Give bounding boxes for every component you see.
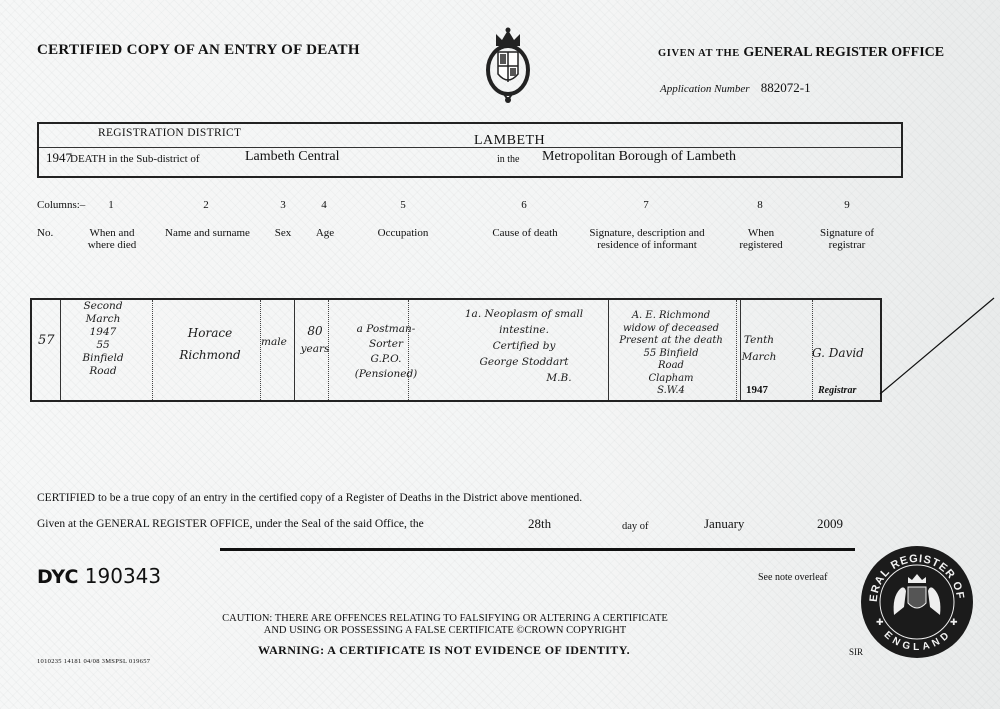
registration-divider bbox=[39, 147, 901, 148]
svg-text:✚: ✚ bbox=[876, 618, 884, 628]
informant-address: S.W.4 bbox=[606, 385, 736, 398]
when-day: Second bbox=[58, 300, 148, 313]
borough-value: Metropolitan Borough of Lambeth bbox=[542, 149, 736, 165]
entry-when-registered: Tenth March bbox=[736, 332, 782, 366]
certified-statement: CERTIFIED to be a true copy of an entry … bbox=[37, 492, 582, 504]
column-header-sex: Sex bbox=[268, 227, 298, 239]
informant-description: widow of deceased bbox=[606, 323, 736, 336]
caution-notice: CAUTION: THERE ARE OFFENCES RELATING TO … bbox=[212, 613, 678, 637]
application-number-label: Application Number bbox=[660, 83, 750, 95]
age-unit: years bbox=[298, 340, 332, 358]
column-number-9: 9 bbox=[827, 199, 867, 211]
caution-line-2: AND USING OR POSSESSING A FALSE CERTIFIC… bbox=[212, 625, 678, 637]
svg-text:✚: ✚ bbox=[950, 618, 958, 628]
column-header-name: Name and surname bbox=[160, 227, 255, 239]
cause-line: 1a. Neoplasm of small bbox=[442, 306, 606, 322]
registrar-signature: G. David bbox=[812, 347, 864, 360]
royal-crest-icon bbox=[482, 26, 534, 104]
where-number: 55 bbox=[58, 339, 148, 352]
column-number-8: 8 bbox=[740, 199, 780, 211]
cause-line: George Stoddart bbox=[442, 354, 606, 370]
serial-number: 190343 bbox=[85, 564, 161, 588]
caution-line-1: CAUTION: THERE ARE OFFENCES RELATING TO … bbox=[212, 613, 678, 625]
document-title: CERTIFIED COPY OF AN ENTRY OF DEATH bbox=[37, 42, 360, 59]
column-header-age: Age bbox=[310, 227, 340, 239]
column-header-when-registered: When registered bbox=[738, 227, 784, 251]
registered-year: 1947 bbox=[746, 384, 768, 396]
general-register-office-seal-icon: GENERAL REGISTER OFFICE ENGLAND ✚ ✚ bbox=[860, 545, 974, 659]
entry-age: 80 years bbox=[298, 322, 332, 358]
serial-prefix: DYC bbox=[37, 566, 78, 588]
registration-district-value: LAMBETH bbox=[474, 133, 545, 149]
in-the-label: in the bbox=[497, 154, 520, 165]
subdistrict-value: Lambeth Central bbox=[245, 149, 339, 165]
occupation-line: (Pensioned) bbox=[336, 367, 436, 382]
cause-line: intestine. bbox=[442, 322, 606, 338]
when-month: March bbox=[58, 313, 148, 326]
entry-informant: A. E. Richmond widow of deceased Present… bbox=[606, 310, 736, 398]
registered-month: March bbox=[736, 349, 782, 366]
office-name: GENERAL REGISTER OFFICE bbox=[743, 45, 944, 60]
column-header-cause: Cause of death bbox=[485, 227, 565, 239]
informant-name: A. E. Richmond bbox=[606, 310, 736, 323]
column-header-occupation: Occupation bbox=[370, 227, 436, 239]
identity-warning: WARNING: A CERTIFICATE IS NOT EVIDENCE O… bbox=[258, 643, 630, 658]
col-divider bbox=[152, 300, 153, 400]
print-code: 1010235 14181 04/08 3MSPSL 019657 bbox=[37, 658, 150, 665]
occupation-line: a Postman- bbox=[336, 322, 436, 337]
given-at-statement: Given at the GENERAL REGISTER OFFICE, un… bbox=[37, 518, 424, 530]
entry-sex: male bbox=[261, 336, 287, 349]
cause-line: Certified by bbox=[442, 338, 606, 354]
column-number-7: 7 bbox=[626, 199, 666, 211]
issue-day: 28th bbox=[528, 516, 551, 532]
column-header-registrar: Signature of registrar bbox=[816, 227, 878, 251]
column-number-6: 6 bbox=[504, 199, 544, 211]
column-header-when-where: When and where died bbox=[86, 227, 138, 251]
columns-label: Columns:– bbox=[37, 199, 85, 211]
signature-rule bbox=[220, 548, 855, 551]
certificate-serial: DYC 190343 bbox=[37, 564, 161, 588]
application-number-value: 882072-1 bbox=[761, 80, 811, 95]
day-of-label: day of bbox=[622, 521, 649, 532]
informant-description: Present at the death bbox=[606, 335, 736, 348]
column-number-5: 5 bbox=[383, 199, 423, 211]
see-note-overleaf: See note overleaf bbox=[758, 572, 827, 583]
diagonal-cancel-line bbox=[878, 290, 996, 400]
entry-number: 57 bbox=[38, 334, 55, 347]
occupation-line: Sorter bbox=[336, 337, 436, 352]
given-prefix: GIVEN AT THE bbox=[658, 48, 740, 59]
entry-when-where: Second March 1947 55 Binfield Road bbox=[58, 300, 148, 378]
column-header-no: No. bbox=[37, 227, 57, 239]
registration-year: 1947 bbox=[46, 150, 72, 166]
where-street: Binfield bbox=[58, 352, 148, 365]
entry-name: Horace Richmond bbox=[162, 322, 258, 366]
informant-address: Road bbox=[606, 360, 736, 373]
application-number-row: Application Number 882072-1 bbox=[660, 80, 811, 96]
age-value: 80 bbox=[298, 322, 332, 340]
where-road: Road bbox=[58, 365, 148, 378]
issue-year: 2009 bbox=[817, 516, 843, 532]
subdistrict-label: DEATH in the Sub-district of bbox=[70, 153, 200, 165]
surname: Richmond bbox=[162, 344, 258, 366]
registration-district-label: REGISTRATION DISTRICT bbox=[98, 127, 241, 139]
col-divider bbox=[294, 300, 295, 400]
issuer-heading: GIVEN AT THE GENERAL REGISTER OFFICE bbox=[658, 45, 944, 61]
informant-address: 55 Binfield bbox=[606, 348, 736, 361]
column-number-4: 4 bbox=[304, 199, 344, 211]
occupation-line: G.P.O. bbox=[336, 352, 436, 367]
column-number-2: 2 bbox=[186, 199, 226, 211]
registrar-label: Registrar bbox=[818, 385, 856, 396]
cause-line: M.B. bbox=[442, 370, 606, 386]
entry-cause: 1a. Neoplasm of small intestine. Certifi… bbox=[442, 306, 606, 386]
informant-address: Clapham bbox=[606, 373, 736, 386]
issue-month: January bbox=[704, 516, 744, 532]
when-year: 1947 bbox=[58, 326, 148, 339]
col-divider bbox=[260, 300, 261, 400]
entry-occupation: a Postman- Sorter G.P.O. (Pensioned) bbox=[336, 322, 436, 382]
forename: Horace bbox=[162, 322, 258, 344]
registered-day: Tenth bbox=[736, 332, 782, 349]
column-header-informant: Signature, description and residence of … bbox=[588, 227, 706, 251]
column-number-3: 3 bbox=[263, 199, 303, 211]
column-number-1: 1 bbox=[91, 199, 131, 211]
